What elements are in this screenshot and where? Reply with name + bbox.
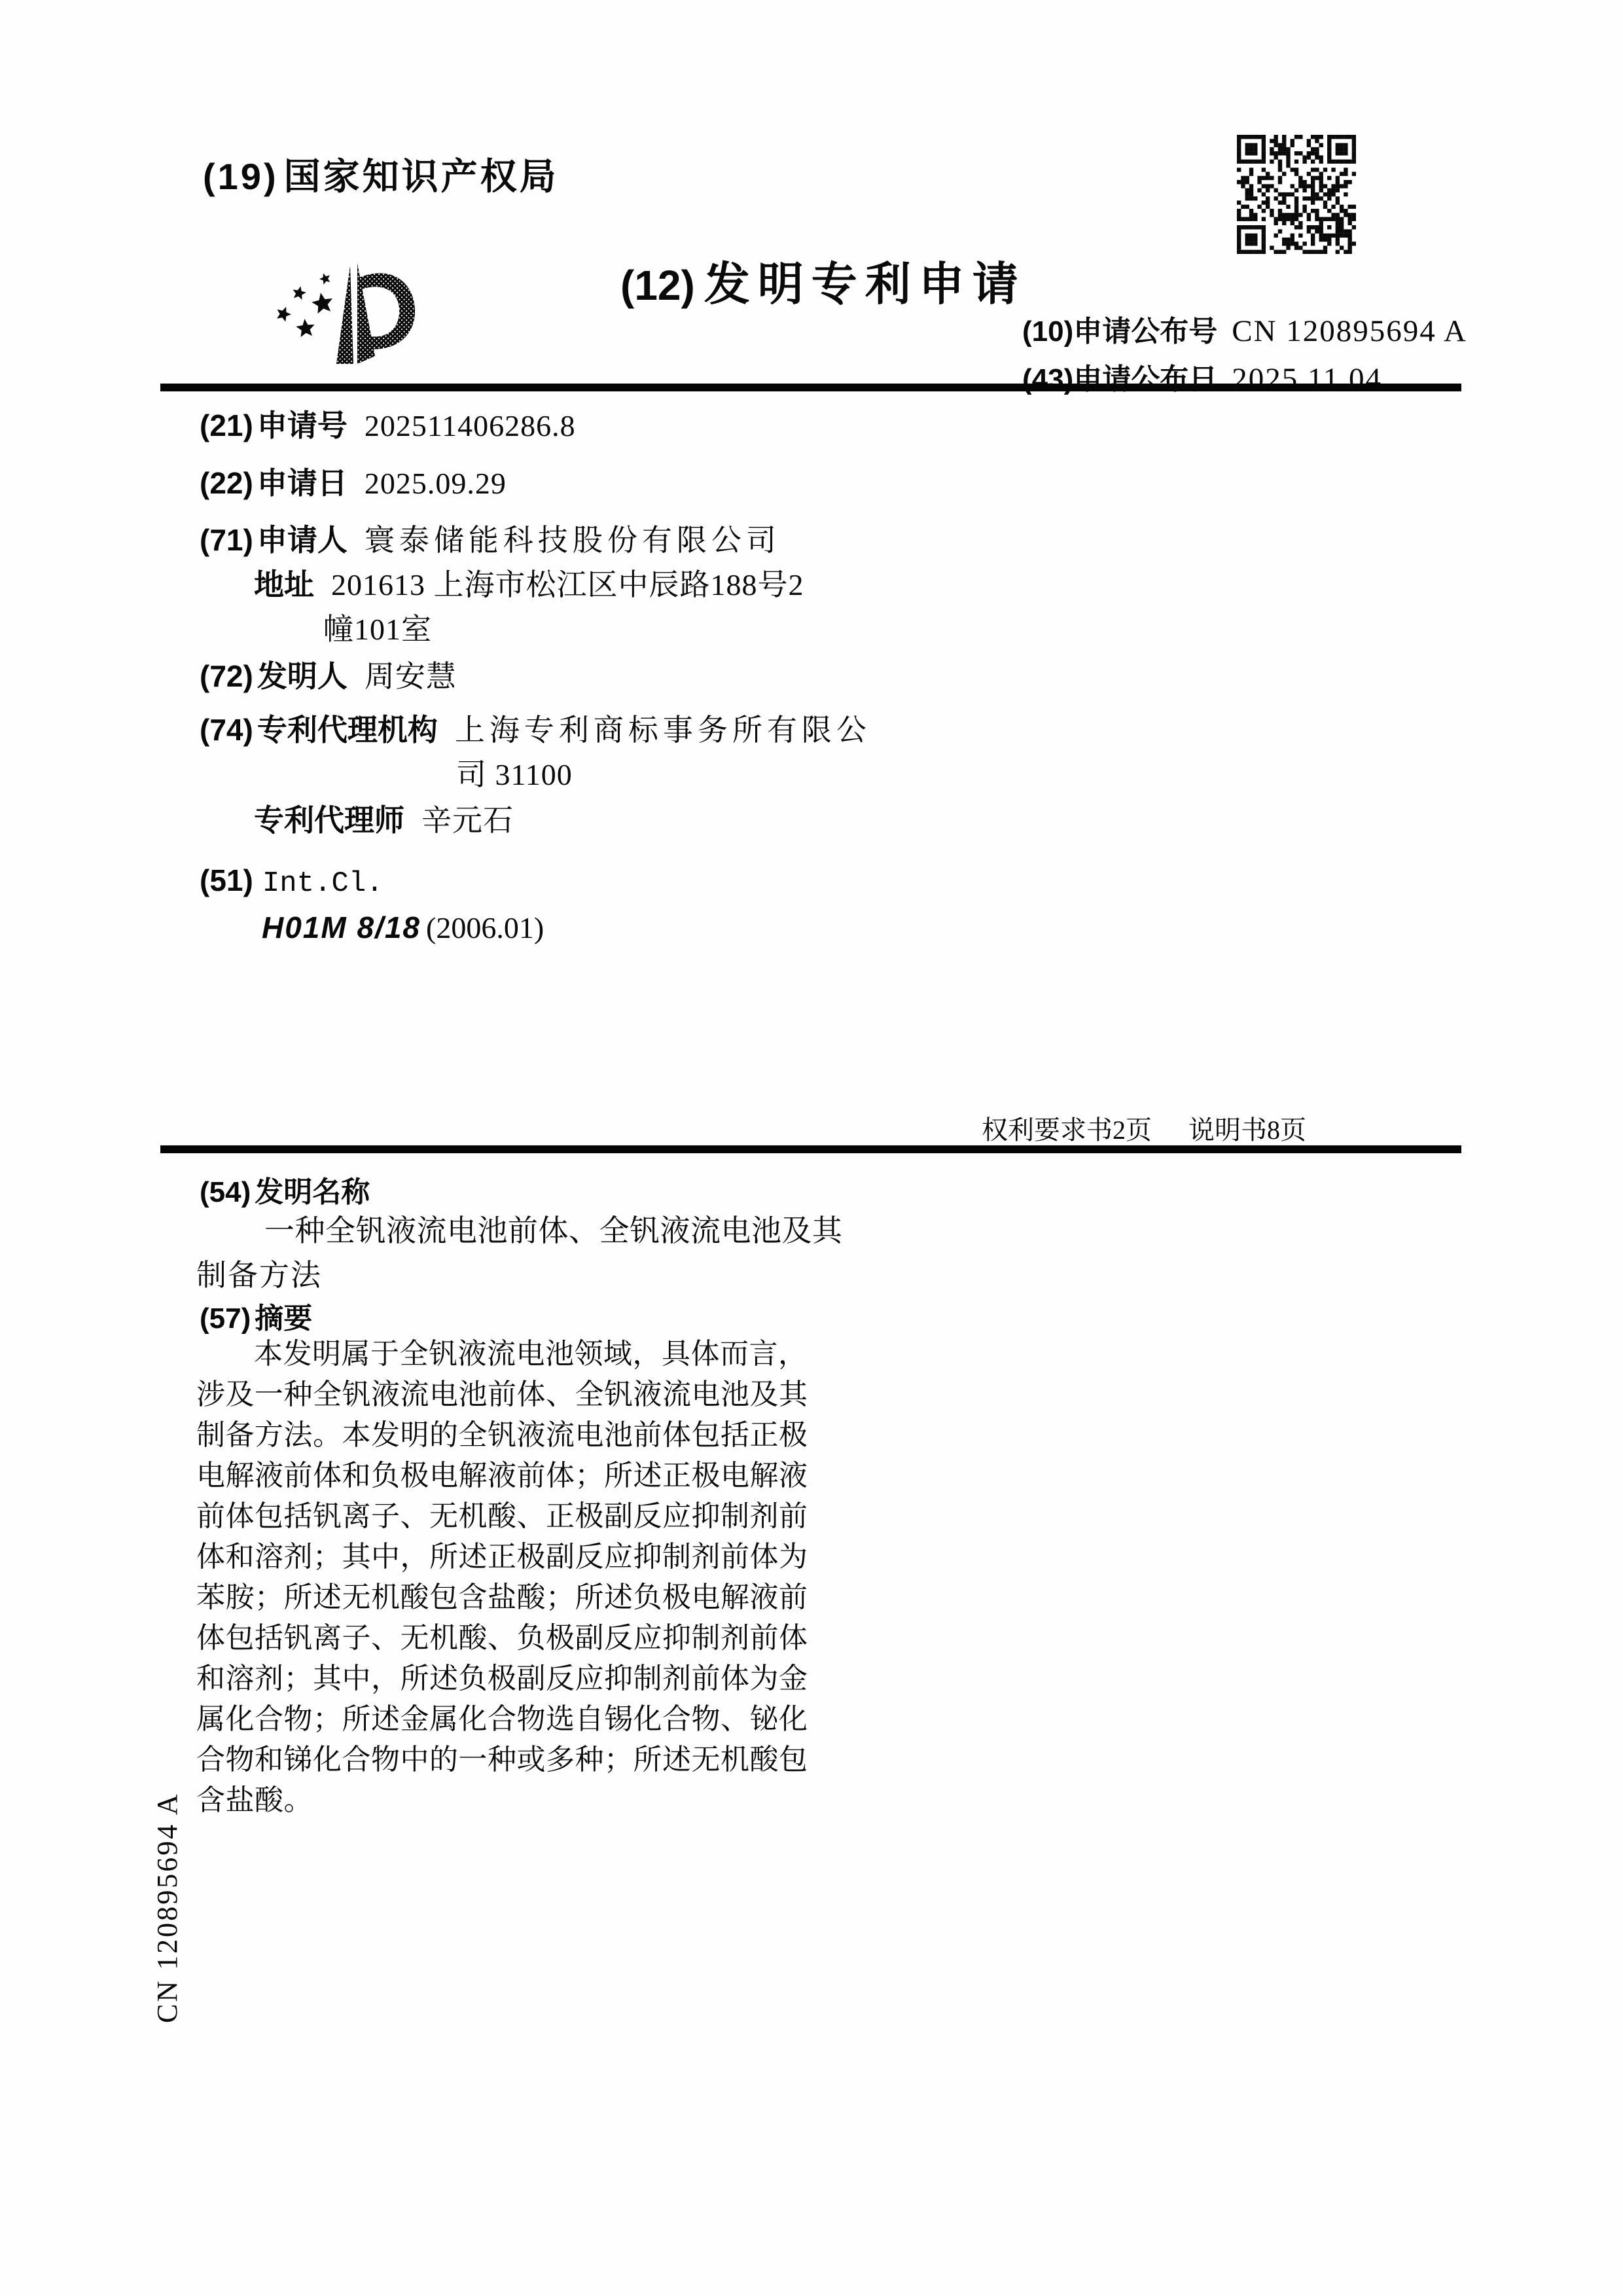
f74-value1: 上海专利商标事务所有限公	[455, 713, 871, 747]
field-applicant-address: 地址201613 上海市松江区中辰路188号2	[254, 561, 804, 604]
abstract-section-label: (57)摘要	[200, 1295, 312, 1336]
side-publication-code: CN 120895694 A	[149, 1820, 186, 2023]
field-agency-line2: 司 31100	[456, 751, 573, 794]
logo-tower-and-p	[336, 263, 415, 364]
invention-title-line2: 制备方法	[196, 1251, 322, 1295]
s57-label: 摘要	[255, 1302, 312, 1335]
divider-top	[160, 384, 1461, 391]
f74-value2: 司 31100	[456, 758, 573, 791]
field-int-cl: (51)Int.Cl.	[200, 863, 383, 900]
qr-code	[1237, 135, 1356, 254]
f72-label: 发明人	[257, 659, 348, 693]
abstract-line: 制备方法。本发明的全钒液流电池前体包括正极	[196, 1415, 838, 1456]
s54-label: 发明名称	[255, 1176, 370, 1208]
abstract-line: 体包括钒离子、无机酸、负极副反应抑制剂前体	[196, 1618, 838, 1659]
cnipa-logo	[270, 262, 424, 372]
abstract-line: 本发明属于全钒液流电池领域，具体而言，	[196, 1334, 838, 1374]
description-pages: 说明书8页	[1188, 1115, 1306, 1145]
s54-num: (54)	[200, 1176, 251, 1208]
field-applicant: (71)申请人寰泰储能科技股份有限公司	[200, 516, 781, 560]
pub-no-row: (10)申请公布号CN 120895694 A	[1022, 308, 1467, 350]
claims-pages: 权利要求书2页	[982, 1115, 1152, 1145]
addr-line2: 幢101室	[323, 613, 432, 646]
pub-no-value: CN 120895694 A	[1232, 314, 1467, 348]
f74-label: 专利代理机构	[257, 713, 438, 747]
field-agent: 专利代理师辛元石	[254, 797, 514, 840]
abstract-line: 电解液前体和负极电解液前体；所述正极电解液	[196, 1456, 838, 1496]
abstract-text: 本发明属于全钒液流电池领域，具体而言， 涉及一种全钒液流电池前体、全钒液流电池及…	[196, 1334, 838, 1821]
f21-label: 申请号	[257, 408, 348, 442]
doc-type-num: (12)	[620, 262, 695, 309]
field-agency: (74)专利代理机构上海专利商标事务所有限公	[200, 706, 871, 749]
f21-num: (21)	[200, 408, 253, 442]
field-ipc-code: H01M 8/18(2006.01)	[262, 910, 544, 945]
f74-num: (74)	[200, 713, 253, 747]
pages-info: 权利要求书2页说明书8页	[982, 1109, 1306, 1147]
field-app-date: (22)申请日2025.09.29	[200, 459, 507, 503]
office-name: 国家知识产权局	[284, 156, 559, 197]
f22-value: 2025.09.29	[365, 467, 507, 500]
abstract-line: 合物和锑化合物中的一种或多种；所述无机酸包	[196, 1740, 838, 1780]
pub-no-num: (10)	[1022, 315, 1073, 348]
invention-title-line1: 一种全钒液流电池前体、全钒液流电池及其	[264, 1207, 843, 1250]
f51-label: Int.Cl.	[262, 867, 383, 900]
pub-no-label: 申请公布号	[1073, 315, 1217, 348]
abstract-line: 涉及一种全钒液流电池前体、全钒液流电池及其	[196, 1374, 838, 1415]
f72-num: (72)	[200, 659, 253, 693]
doc-type-title: (12)发明专利申请	[620, 247, 1026, 314]
office-line: (19)国家知识产权局	[203, 148, 559, 200]
field-inventor: (72)发明人周安慧	[200, 653, 457, 696]
office-num: (19)	[203, 156, 279, 197]
f72-value: 周安慧	[365, 660, 457, 693]
f21-value: 202511406286.8	[365, 409, 576, 442]
title-section-label: (54)发明名称	[200, 1168, 370, 1210]
abstract-line: 属化合物；所述金属化合物选自锡化合物、铋化	[196, 1699, 838, 1740]
s57-num: (57)	[200, 1302, 251, 1335]
abstract-line: 体和溶剂；其中，所述正极副反应抑制剂前体为	[196, 1537, 838, 1577]
f22-label: 申请日	[257, 466, 348, 500]
doc-type-text: 发明专利申请	[704, 259, 1026, 310]
logo-stars	[277, 274, 332, 338]
ipc-version: (2006.01)	[426, 911, 544, 944]
abstract-line: 前体包括钒离子、无机酸、正极副反应抑制剂前	[196, 1496, 838, 1537]
patent-front-page: (19)国家知识产权局 (12)发明专利申请 (10)申请公布号CN 12089…	[0, 0, 1623, 2296]
abstract-line: 苯胺；所述无机酸包含盐酸；所述负极电解液前	[196, 1577, 838, 1618]
ipc-code: H01M 8/18	[262, 910, 421, 944]
abstract-line: 含盐酸。	[196, 1780, 838, 1821]
addr-label: 地址	[254, 567, 314, 601]
abstract-line: 和溶剂；其中，所述负极副反应抑制剂前体为金	[196, 1659, 838, 1699]
f22-num: (22)	[200, 466, 253, 500]
f71-num: (71)	[200, 523, 253, 557]
addr-line1: 201613 上海市松江区中辰路188号2	[331, 568, 804, 601]
field-applicant-address2: 幢101室	[323, 605, 432, 649]
field-app-no: (21)申请号202511406286.8	[200, 402, 576, 445]
agent-label: 专利代理师	[254, 803, 404, 837]
f51-num: (51)	[200, 863, 253, 897]
f71-value: 寰泰储能科技股份有限公司	[365, 524, 781, 557]
f71-label: 申请人	[257, 523, 348, 557]
divider-middle	[160, 1145, 1461, 1153]
agent-value: 辛元石	[421, 804, 514, 837]
